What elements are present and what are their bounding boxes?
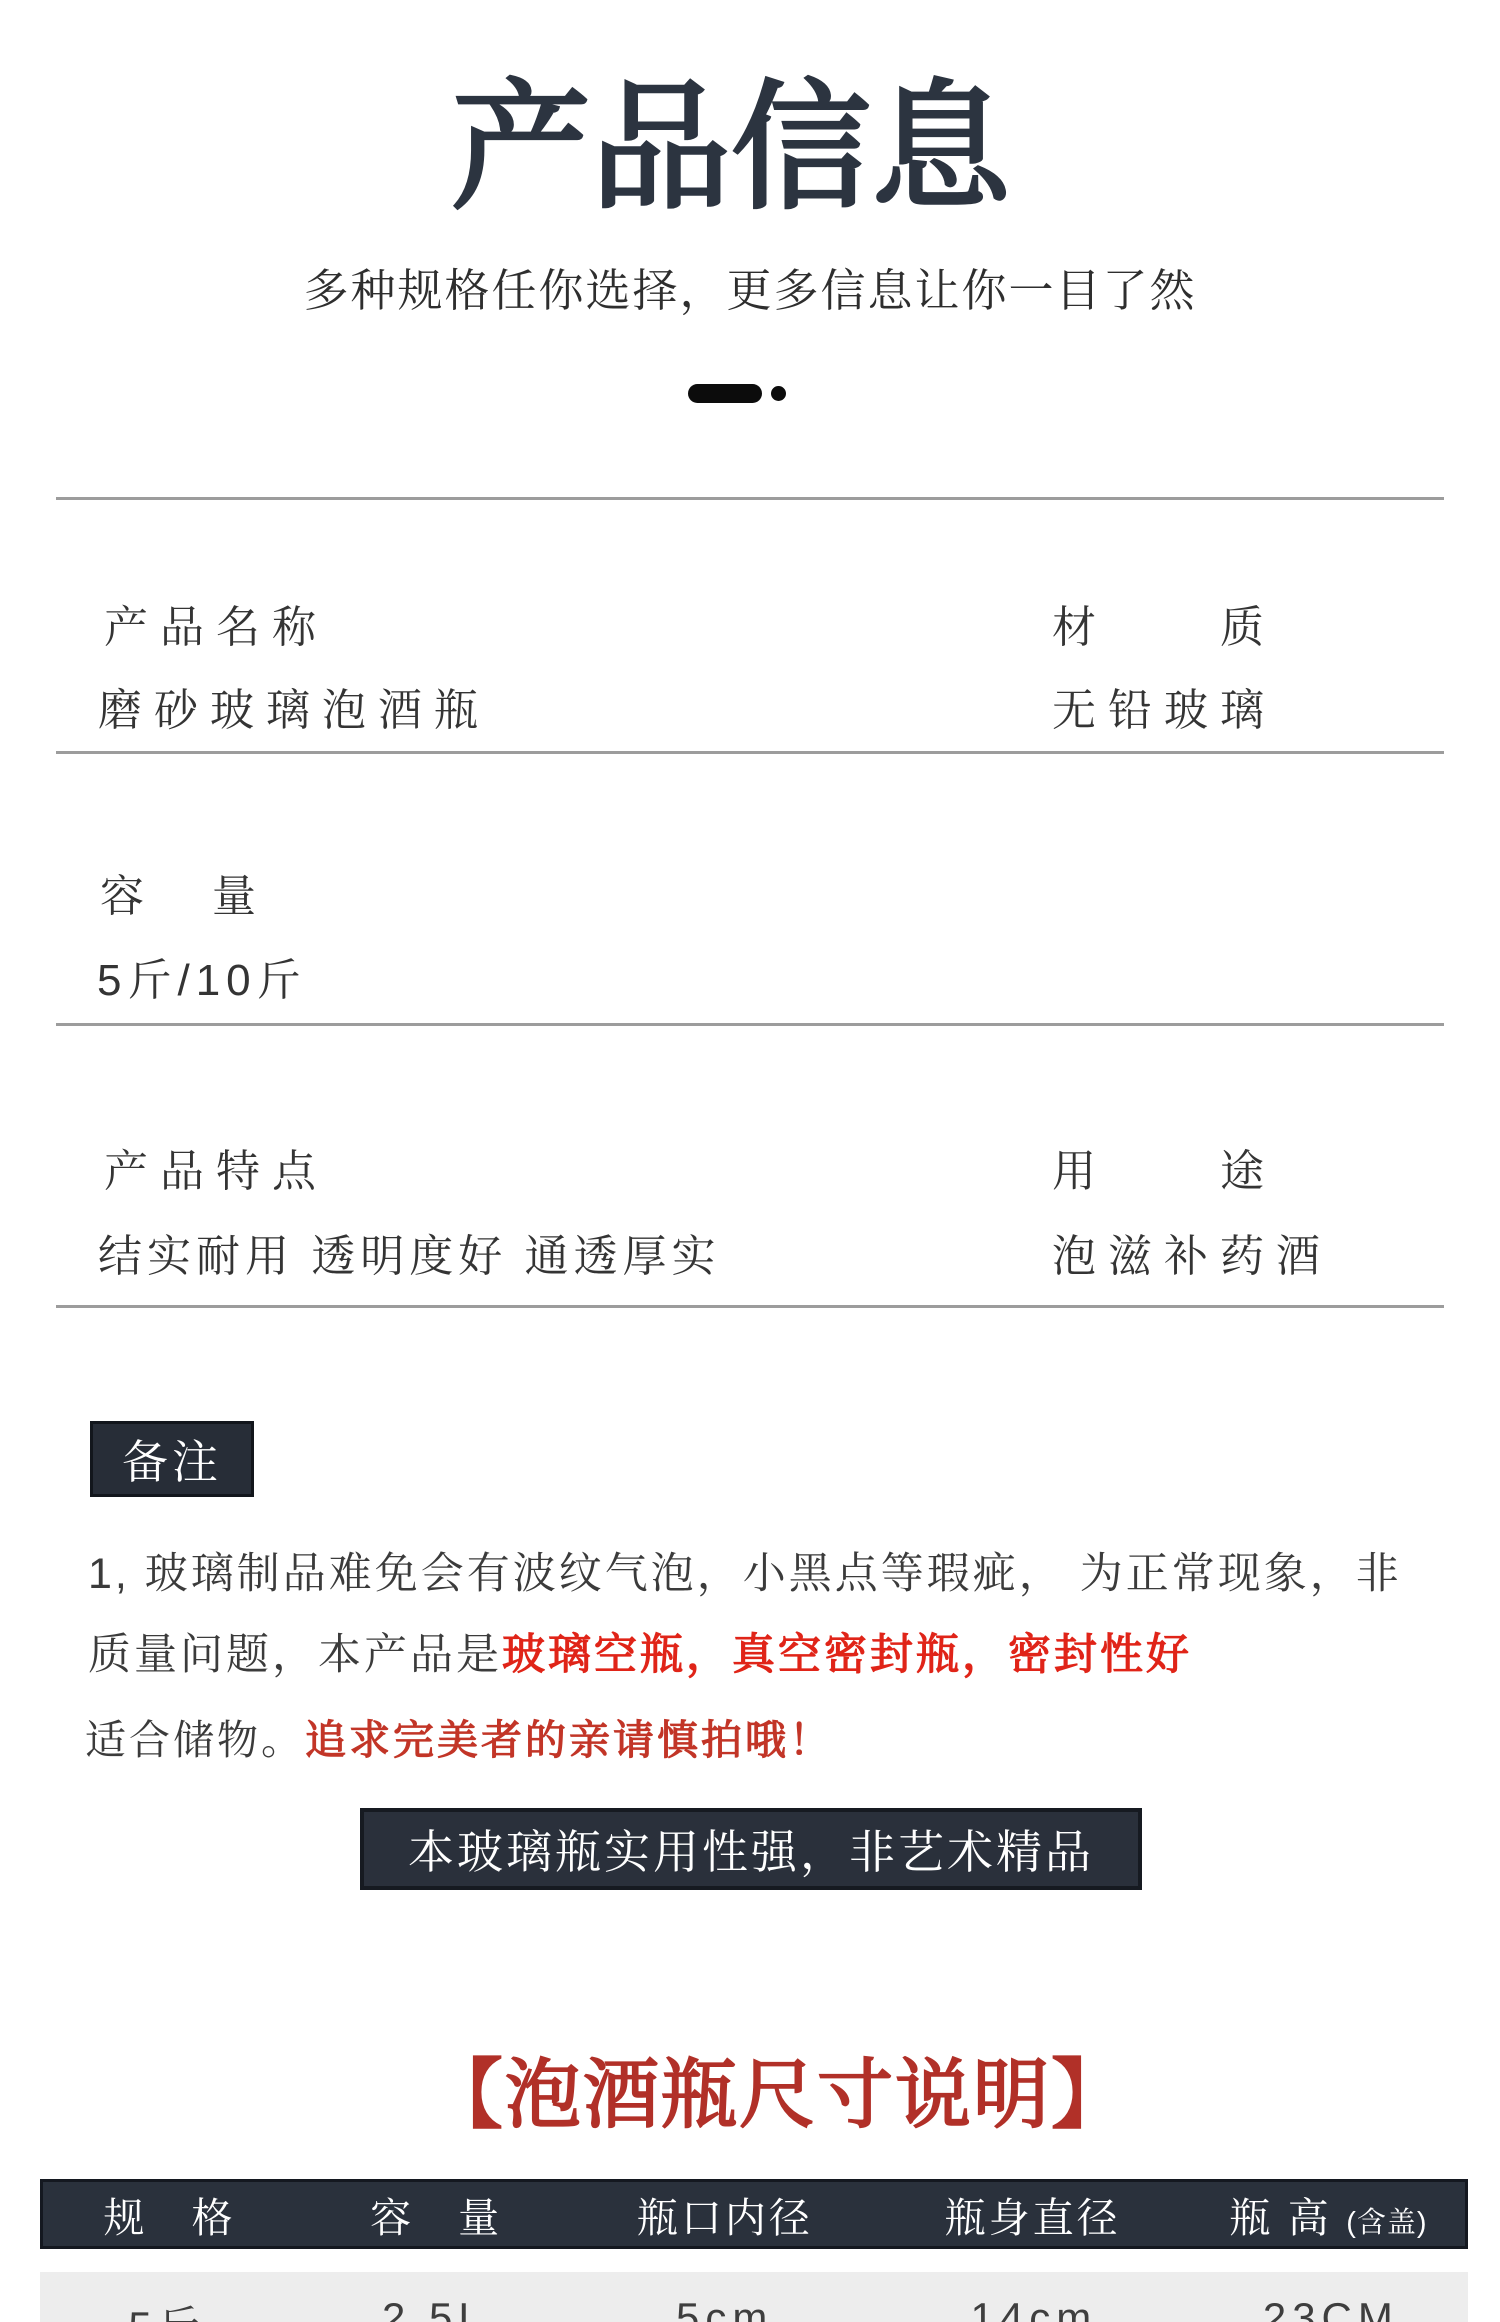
size-table-header: 规 格 容 量 瓶口内径 瓶身直径 瓶 高 (含盖) bbox=[40, 2179, 1468, 2249]
remarks-badge: 备注 bbox=[90, 1421, 254, 1497]
divider-dash-icon bbox=[688, 384, 762, 403]
product-name-value: 磨砂玻璃泡酒瓶 bbox=[98, 674, 490, 738]
size-cell-spec: 5斤 bbox=[40, 2272, 294, 2322]
size-cell-body-diameter: 14cm bbox=[874, 2272, 1194, 2322]
usage-label: 用 途 bbox=[1052, 1135, 1276, 1199]
capacity-value: 5斤/10斤 bbox=[97, 944, 307, 1008]
remarks-line-2-plain: 质量问题，本产品是 bbox=[88, 1631, 502, 1679]
title-divider bbox=[688, 384, 786, 403]
remarks-line-3-highlight: 追求完美者的亲请慎拍哦！ bbox=[305, 1717, 833, 1763]
notice-banner: 本玻璃瓶实用性强，非艺术精品 bbox=[360, 1808, 1142, 1890]
size-cell-capacity: 2.5L bbox=[294, 2272, 575, 2322]
size-table-header-height-text: 瓶 高 bbox=[1229, 2195, 1331, 2241]
size-cell-mouth-diameter: 5cm bbox=[575, 2272, 873, 2322]
size-table-header-height: 瓶 高 (含盖) bbox=[1192, 2185, 1465, 2244]
section-divider-4 bbox=[56, 1305, 1444, 1308]
size-table-header-spec: 规 格 bbox=[43, 2185, 296, 2244]
page-title: 产品信息 bbox=[0, 74, 1462, 221]
material-value: 无铅玻璃 bbox=[1052, 674, 1276, 738]
size-table-header-capacity: 容 量 bbox=[296, 2185, 576, 2244]
section-divider-3 bbox=[56, 1023, 1444, 1026]
remarks-line-2-highlight: 玻璃空瓶，真空密封瓶，密封性好 bbox=[502, 1631, 1192, 1679]
product-info-page: 产品信息 多种规格任你选择，更多信息让你一目了然 产品名称 材 质 磨砂玻璃泡酒… bbox=[0, 0, 1500, 2322]
capacity-label: 容 量 bbox=[100, 860, 268, 924]
size-table-header-body-diameter: 瓶身直径 bbox=[873, 2185, 1192, 2244]
features-label: 产品特点 bbox=[104, 1135, 328, 1199]
page-subtitle: 多种规格任你选择，更多信息让你一目了然 bbox=[0, 254, 1500, 319]
features-value: 结实耐用 透明度好 通透厚实 bbox=[98, 1220, 720, 1284]
remarks-line-2: 质量问题，本产品是玻璃空瓶，真空密封瓶，密封性好 bbox=[88, 1621, 1192, 1682]
remarks-line-1: 1, 玻璃制品难免会有波纹气泡，小黑点等瑕疵， 为正常现象，非 bbox=[88, 1540, 1402, 1601]
section-divider-2 bbox=[56, 751, 1444, 754]
remarks-line-3: 适合储物。追求完美者的亲请慎拍哦！ bbox=[85, 1707, 833, 1766]
usage-value: 泡滋补药酒 bbox=[1052, 1220, 1332, 1284]
size-table-header-height-note: (含盖) bbox=[1346, 2207, 1427, 2239]
divider-dot-icon bbox=[771, 386, 786, 401]
size-table-row: 5斤 2.5L 5cm 14cm 23CM bbox=[40, 2272, 1468, 2322]
size-section-title: 【泡酒瓶尺寸说明】 bbox=[56, 2034, 1500, 2143]
remarks-line-3-plain: 适合储物。 bbox=[85, 1717, 305, 1763]
material-label: 材 质 bbox=[1052, 591, 1276, 655]
size-table-header-mouth-diameter: 瓶口内径 bbox=[576, 2185, 873, 2244]
size-cell-height: 23CM bbox=[1194, 2272, 1468, 2322]
product-name-label: 产品名称 bbox=[104, 591, 328, 655]
section-divider-1 bbox=[56, 497, 1444, 500]
